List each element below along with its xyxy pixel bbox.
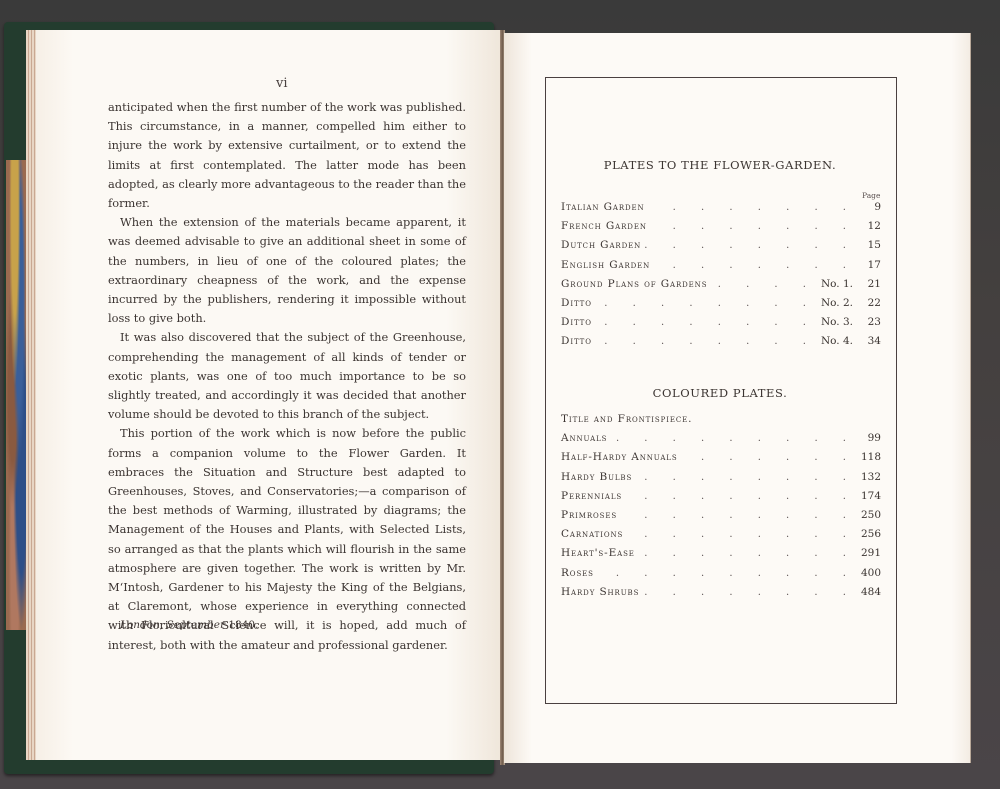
toc-label: Title and Frontispiece. bbox=[561, 413, 692, 425]
toc-plate-number: No. 4. bbox=[821, 335, 853, 347]
paragraph: When the extension of the materials beca… bbox=[108, 213, 466, 328]
paragraph: It was also discovered that the subject … bbox=[108, 328, 466, 424]
toc-page-number: 400 bbox=[861, 567, 881, 579]
toc-entry: Carnations. . . . . . . . . . . . . . . … bbox=[561, 528, 881, 544]
toc-page-number: 15 bbox=[861, 239, 881, 251]
page-column-header: Page bbox=[862, 191, 880, 200]
leader-dots: . . . . . . . . . . . . . . . . . . . bbox=[596, 317, 817, 328]
toc-entry: French Garden. . . . . . . . . . . . . .… bbox=[561, 220, 881, 236]
toc-entry: Half-Hardy Annuals. . . . . . . . . . . … bbox=[561, 451, 881, 467]
leader-dots: . . . . . . . . . . . . . . . . . . . bbox=[627, 529, 857, 540]
toc-page-number: 250 bbox=[861, 509, 881, 521]
leader-dots: . . . . . . . . . . . . . . . . . . . bbox=[654, 260, 857, 271]
toc-label: Primroses bbox=[561, 509, 617, 521]
leader-dots: . . . . . . . . . . . . . . . . . . . bbox=[651, 221, 857, 232]
toc-entry: Hardy Shrubs. . . . . . . . . . . . . . … bbox=[561, 586, 881, 602]
leader-dots: . . . . . . . . . . . . . . . . . . . bbox=[682, 452, 857, 463]
toc-plate-number: No. 2. bbox=[821, 297, 853, 309]
toc-entry: Primroses. . . . . . . . . . . . . . . .… bbox=[561, 509, 881, 525]
toc-page-number: 12 bbox=[861, 220, 881, 232]
toc-entry: Ditto. . . . . . . . . . . . . . . . . .… bbox=[561, 335, 881, 351]
toc-label: Hardy Shrubs bbox=[561, 586, 639, 598]
toc-page-number: 99 bbox=[861, 432, 881, 444]
toc-label: Roses bbox=[561, 567, 594, 579]
toc-page-number: 291 bbox=[861, 547, 881, 559]
toc-plate-number: No. 1. bbox=[821, 278, 853, 290]
leader-dots: . . . . . . . . . . . . . . . . . . . bbox=[649, 202, 857, 213]
toc-page-number: 9 bbox=[861, 201, 881, 213]
marbled-edge bbox=[6, 160, 28, 630]
leader-dots: . . . . . . . . . . . . . . . . . . . bbox=[645, 240, 857, 251]
toc-label: Carnations bbox=[561, 528, 623, 540]
toc-label: Italian Garden bbox=[561, 201, 645, 213]
toc-label: Perennials bbox=[561, 490, 622, 502]
leader-dots: . . . . . . . . . . . . . . . . . . . bbox=[621, 510, 857, 521]
toc-entry: Ditto. . . . . . . . . . . . . . . . . .… bbox=[561, 297, 881, 313]
toc-label: Half-Hardy Annuals bbox=[561, 451, 678, 463]
toc-entry: Title and Frontispiece. bbox=[561, 413, 881, 429]
toc-label: Ditto bbox=[561, 297, 592, 309]
leader-dots: . . . . . . . . . . . . . . . . . . . bbox=[596, 336, 817, 347]
toc-page-number: 256 bbox=[861, 528, 881, 540]
leader-dots: . . . . . . . . . . . . . . . . . . . bbox=[643, 587, 857, 598]
toc-entry: Roses. . . . . . . . . . . . . . . . . .… bbox=[561, 567, 881, 583]
toc-label: French Garden bbox=[561, 220, 647, 232]
toc-label: Ditto bbox=[561, 335, 592, 347]
leader-dots: . . . . . . . . . . . . . . . . . . . bbox=[596, 298, 817, 309]
signoff: London, September 1840. bbox=[120, 619, 258, 631]
section-title-flower-garden: PLATES TO THE FLOWER-GARDEN. bbox=[545, 158, 895, 172]
toc-entry: Heart's-Ease. . . . . . . . . . . . . . … bbox=[561, 547, 881, 563]
toc-label: Hardy Bulbs bbox=[561, 471, 632, 483]
leader-dots: . . . . . . . . . . . . . . . . . . . bbox=[598, 568, 857, 579]
toc-page-number: 174 bbox=[861, 490, 881, 502]
toc-entry: English Garden. . . . . . . . . . . . . … bbox=[561, 259, 881, 275]
toc-entry: Perennials. . . . . . . . . . . . . . . … bbox=[561, 490, 881, 506]
signoff-place: London, September bbox=[120, 619, 225, 631]
toc-page-number: 484 bbox=[861, 586, 881, 598]
toc-entry: Hardy Bulbs. . . . . . . . . . . . . . .… bbox=[561, 471, 881, 487]
leader-dots: . . . . . . . . . . . . . . . . . . . bbox=[611, 433, 857, 444]
toc-label: Dutch Garden bbox=[561, 239, 641, 251]
toc-label: English Garden bbox=[561, 259, 650, 271]
toc-entry: Annuals. . . . . . . . . . . . . . . . .… bbox=[561, 432, 881, 448]
toc-page-number: 22 bbox=[861, 297, 881, 309]
toc-label: Ditto bbox=[561, 316, 592, 328]
toc-page-number: 118 bbox=[861, 451, 881, 463]
toc-entry: Ditto. . . . . . . . . . . . . . . . . .… bbox=[561, 316, 881, 332]
toc-label: Ground Plans of Gardens bbox=[561, 278, 707, 290]
signoff-year: 1840. bbox=[228, 619, 258, 631]
leader-dots: . . . . . . . . . . . . . . . . . . . bbox=[711, 279, 817, 290]
toc-page-number: 17 bbox=[861, 259, 881, 271]
section-title-coloured-plates: COLOURED PLATES. bbox=[545, 386, 895, 400]
toc-page-number: 23 bbox=[861, 316, 881, 328]
paragraph: anticipated when the first number of the… bbox=[108, 98, 466, 213]
toc-label: Heart's-Ease bbox=[561, 547, 635, 559]
preface-body: anticipated when the first number of the… bbox=[108, 98, 466, 655]
page-number: vi bbox=[276, 76, 288, 91]
toc-plate-number: No. 3. bbox=[821, 316, 853, 328]
leader-dots: . . . . . . . . . . . . . . . . . . . bbox=[626, 491, 857, 502]
toc-page-number: 21 bbox=[861, 278, 881, 290]
toc-page-number: 132 bbox=[861, 471, 881, 483]
toc-entry: Italian Garden. . . . . . . . . . . . . … bbox=[561, 201, 881, 217]
toc-entry: Ground Plans of Gardens. . . . . . . . .… bbox=[561, 278, 881, 294]
toc-page-number: 34 bbox=[861, 335, 881, 347]
toc-label: Annuals bbox=[561, 432, 607, 444]
leader-dots: . . . . . . . . . . . . . . . . . . . bbox=[639, 548, 857, 559]
leader-dots: . . . . . . . . . . . . . . . . . . . bbox=[636, 472, 857, 483]
toc-entry: Dutch Garden. . . . . . . . . . . . . . … bbox=[561, 239, 881, 255]
